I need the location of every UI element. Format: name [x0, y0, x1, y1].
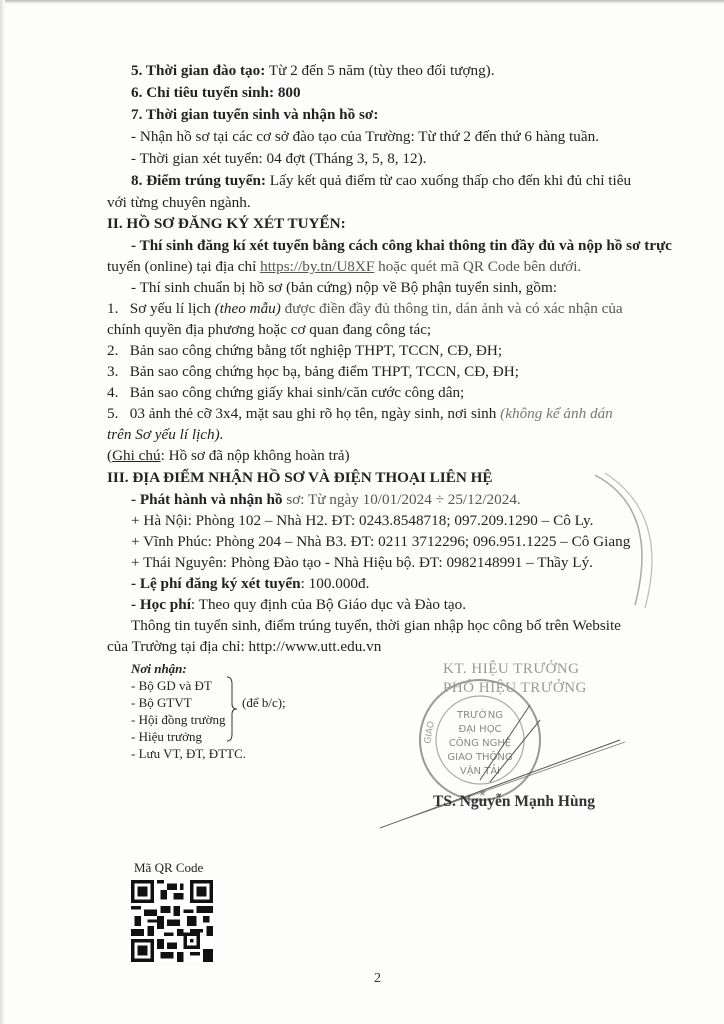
online-registration-link[interactable]: https://by.tn/U8XF [260, 258, 374, 275]
doc-item-1-cont: chính quyền địa phương hoặc cơ quan đang… [107, 320, 431, 340]
location-vinh-phuc: + Vĩnh Phúc: Phòng 204 – Nhà B3. ĐT: 021… [131, 532, 630, 552]
recipient-item: - Hội đồng trường [131, 711, 225, 728]
scan-top-edge [0, 0, 724, 4]
section-ii-heading: II. HỒ SƠ ĐĂNG KÝ XÉT TUYỂN: [107, 214, 346, 234]
doc-item-1: 1. Sơ yếu lí lịch (theo mẫu) được điền đ… [107, 299, 623, 319]
info-line-1: Thông tin tuyển sinh, điểm trúng tuyển, … [131, 616, 621, 636]
section-ii-para1: - Thí sinh đăng kí xét tuyển bằng cách c… [131, 236, 672, 256]
recipient-item: - Bộ GTVT [131, 694, 192, 711]
info-line-2: của Trường tại địa chỉ: http://www.utt.e… [107, 637, 381, 657]
stamp-edge-icon [575, 470, 675, 610]
section-ii-para1-cont: tuyến (online) tại địa chỉ https://by.tn… [107, 257, 581, 277]
item-7: 7. Thời gian tuyển sinh và nhận hồ sơ: [131, 105, 378, 125]
location-thai-nguyen: + Thái Nguyên: Phòng Đào tạo - Nhà Hiệu … [131, 553, 593, 573]
recipient-item: - Bộ GD và ĐT [131, 677, 212, 694]
note: (Ghi chú: Hồ sơ đã nộp không hoàn trả) [107, 446, 350, 466]
recipients-heading: Nơi nhận: [131, 660, 187, 677]
qr-code-icon[interactable] [131, 880, 213, 962]
recipient-item: - Lưu VT, ĐT, ĐTTC. [131, 745, 246, 762]
doc-item-4: 4. Bản sao công chứng giấy khai sinh/căn… [107, 383, 464, 403]
signer-name: TS. Nguyễn Mạnh Hùng [433, 793, 595, 811]
item-7-line-1: - Nhận hồ sơ tại các cơ sở đào tạo của T… [131, 127, 599, 147]
scan-left-edge [0, 0, 5, 1024]
section-iii-heading: III. ĐỊA ĐIỂM NHẬN HỒ SƠ VÀ ĐIỆN THOẠI L… [107, 468, 493, 488]
doc-item-2: 2. Bản sao công chứng bằng tốt nghiệp TH… [107, 341, 502, 361]
doc-item-5: 5. 03 ảnh thẻ cỡ 3x4, mặt sau ghi rõ họ … [107, 404, 613, 424]
item-8: 8. Điểm trúng tuyển: Lấy kết quả điểm từ… [131, 171, 631, 191]
page-number: 2 [374, 971, 381, 987]
item-8-cont: với từng chuyên ngành. [107, 193, 251, 213]
section-ii-para2: - Thí sinh chuẩn bị hồ sơ (bản cứng) nộp… [131, 278, 557, 298]
item-7-line-2: - Thời gian xét tuyển: 04 đợt (Tháng 3, … [131, 149, 426, 169]
location-hanoi: + Hà Nội: Phòng 102 – Nhà H2. ĐT: 0243.8… [131, 511, 593, 531]
recipient-item: - Hiệu trưởng [131, 728, 202, 745]
item-5: 5. Thời gian đào tạo: Từ 2 đến 5 năm (tù… [131, 61, 495, 81]
doc-item-5-cont: trên Sơ yếu lí lịch). [107, 425, 224, 445]
tuition: - Học phí: Theo quy định của Bộ Giáo dục… [131, 595, 466, 615]
issue-period: - Phát hành và nhận hồ sơ: Từ ngày 10/01… [131, 490, 521, 510]
brace-note: (để b/c); [242, 694, 286, 711]
doc-item-3: 3. Bản sao công chứng học bạ, bảng điểm … [107, 362, 519, 382]
registration-fee: - Lệ phí đăng ký xét tuyển: 100.000đ. [131, 574, 369, 594]
item-6: 6. Chỉ tiêu tuyển sinh: 800 [131, 83, 301, 103]
brace-icon [226, 676, 238, 742]
qr-code-label: Mã QR Code [134, 860, 203, 876]
